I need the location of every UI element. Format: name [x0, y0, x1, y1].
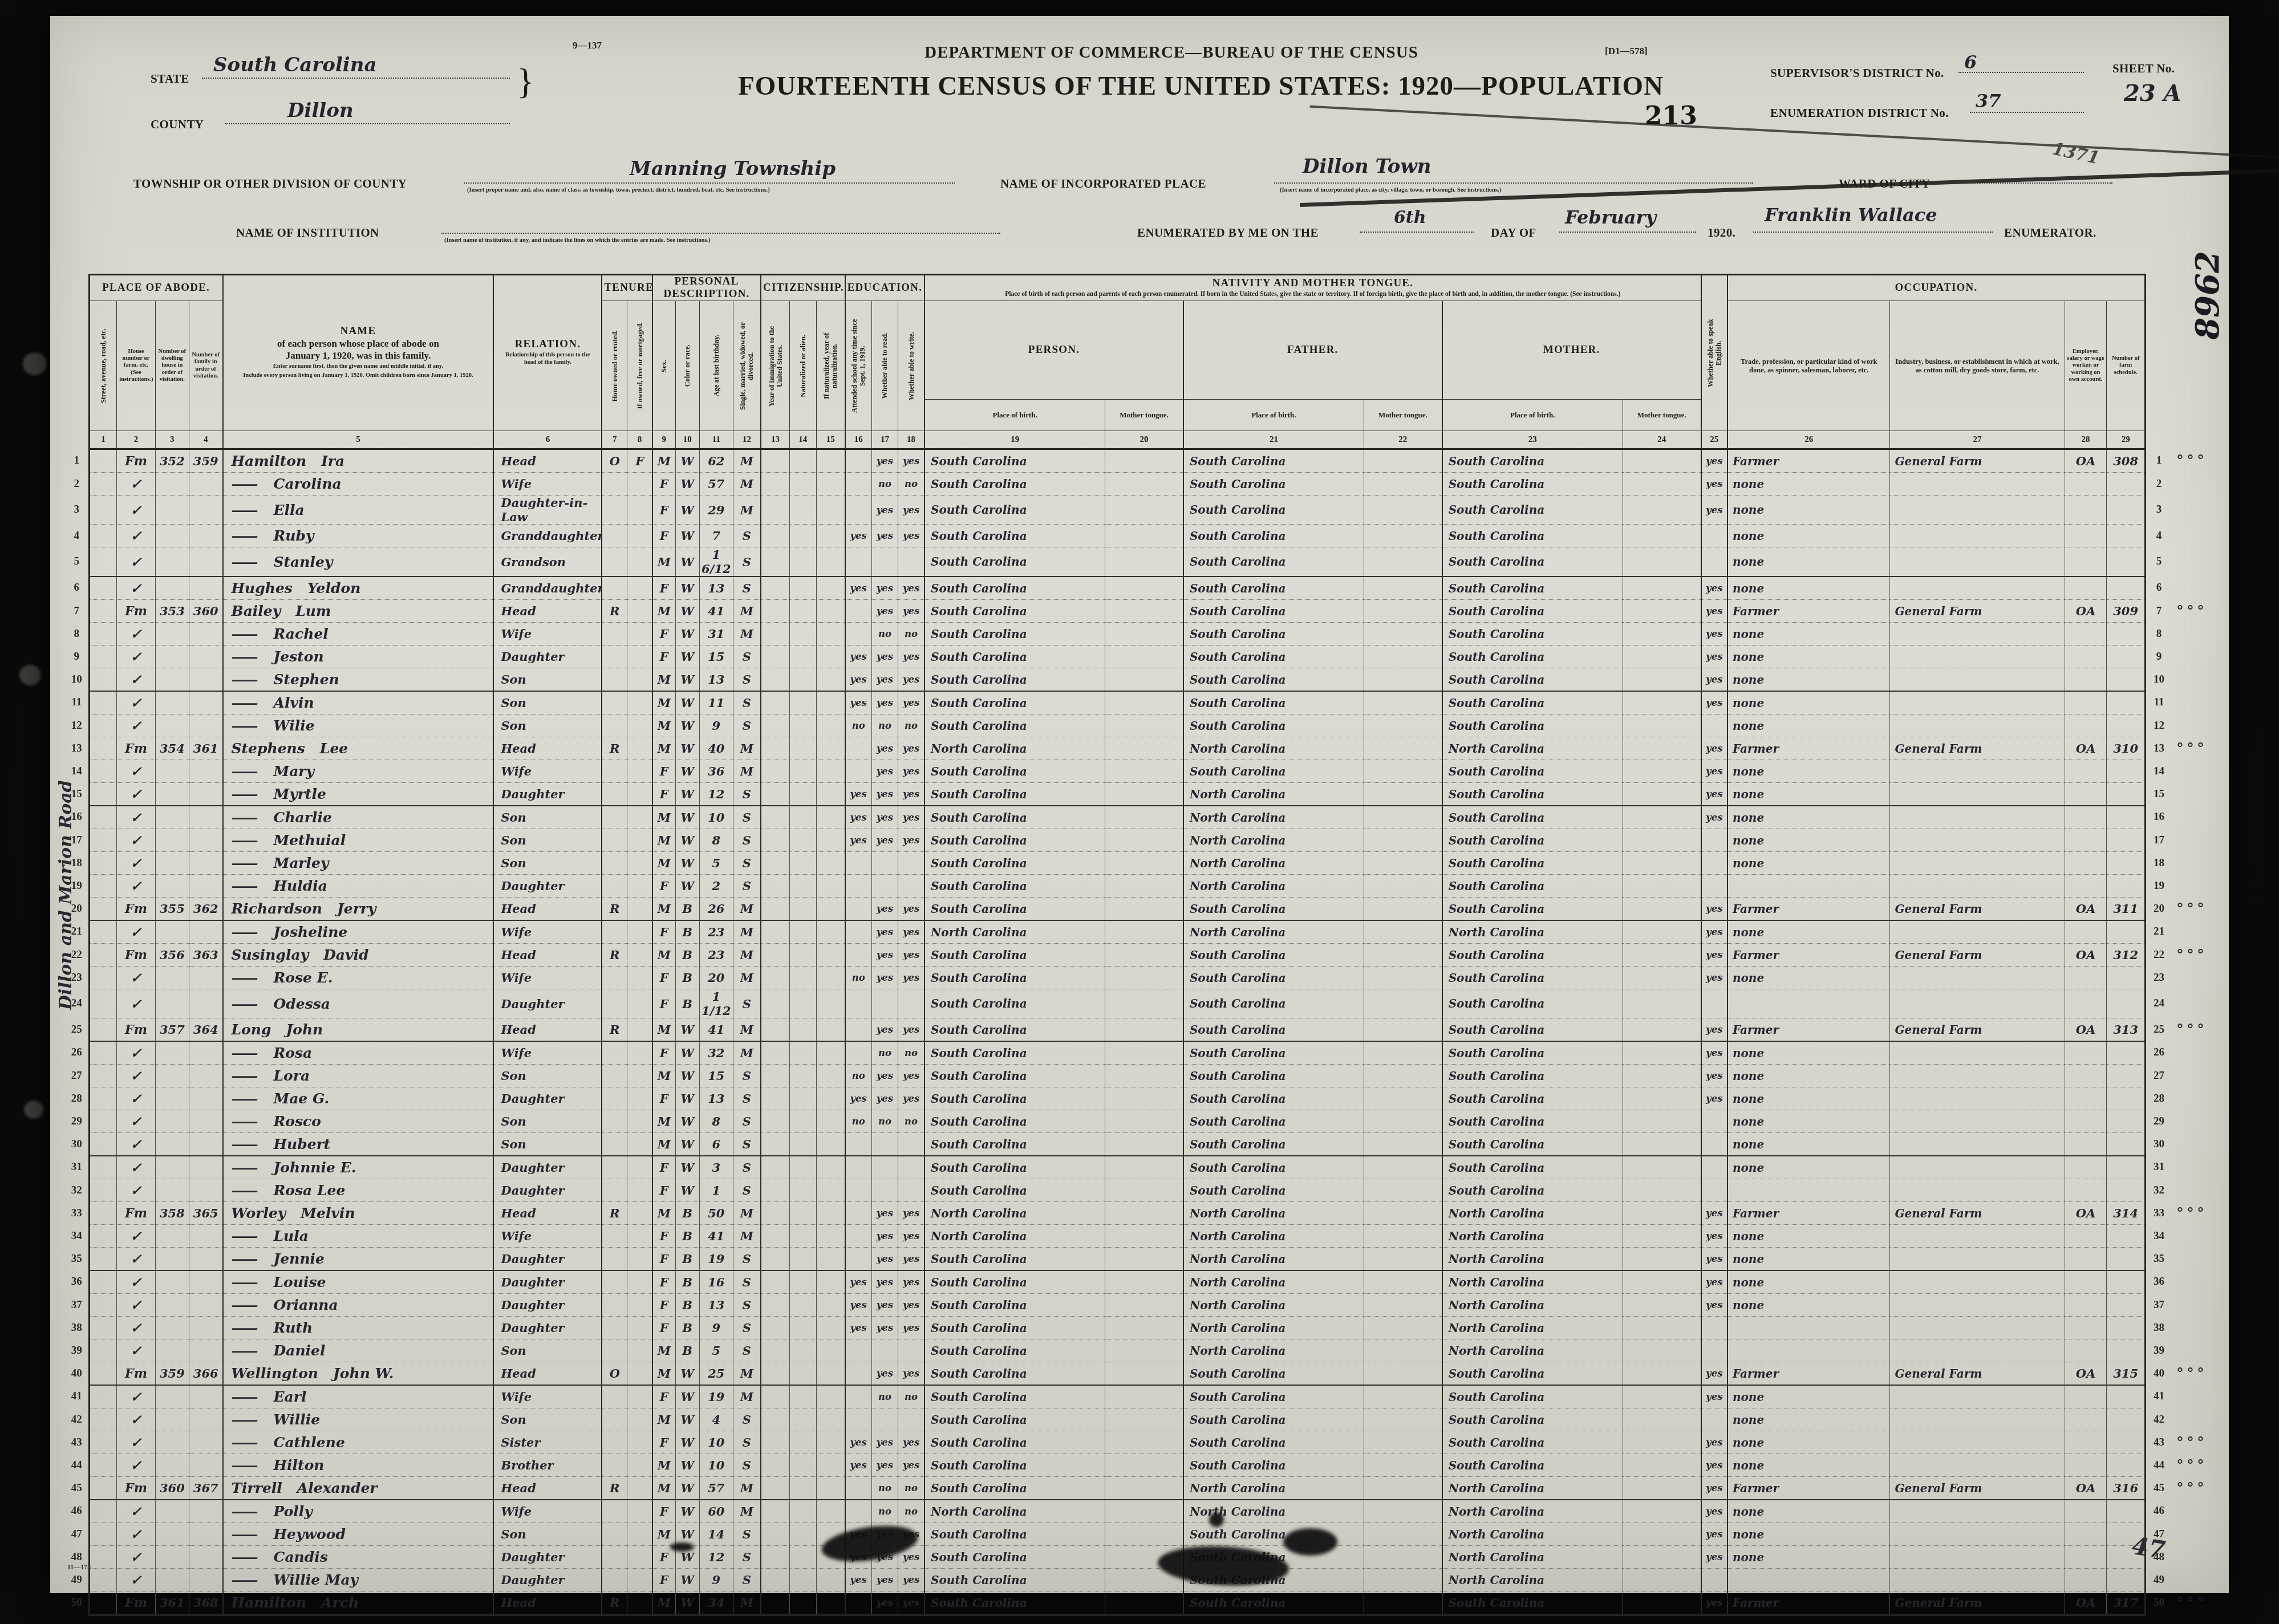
father-birthplace-cell: South Carolina	[1183, 1362, 1364, 1386]
line-number-right: 44	[2145, 1454, 2171, 1477]
father-mother-tongue-cell	[1364, 1385, 1442, 1408]
industry-cell	[1890, 1317, 2065, 1339]
naturalization-year-cell	[816, 1569, 845, 1591]
able-to-read-cell: yes	[871, 1362, 898, 1386]
speaks-english-cell: yes	[1701, 1270, 1728, 1294]
right-line-number-header	[2145, 275, 2171, 449]
owned-rented-cell	[602, 920, 627, 944]
street-cell	[89, 547, 117, 577]
marital-cell: M	[733, 1500, 761, 1523]
attended-school-cell	[845, 1362, 871, 1386]
immigration-year-cell	[761, 920, 790, 944]
ditto-mark: ——	[232, 717, 257, 734]
street-cell	[89, 1454, 117, 1477]
street-cell	[89, 1156, 117, 1179]
dwelling-number-cell: 353	[155, 600, 189, 623]
street-cell	[89, 600, 117, 623]
line-number-right: 23	[2145, 967, 2171, 989]
able-to-read-cell: no	[871, 1041, 898, 1065]
industry-cell: General Farm	[1890, 1477, 2065, 1500]
county-label: COUNTY	[151, 117, 204, 132]
naturalization-year-cell	[816, 1500, 845, 1523]
group-personal-description: PERSONAL DESCRIPTION.	[652, 275, 761, 301]
line-number-right: 3	[2145, 496, 2171, 525]
occupation-cell	[1728, 875, 1890, 898]
industry-cell: General Farm	[1890, 1362, 2065, 1386]
sheet-label: SHEET No.	[2112, 62, 2175, 76]
ditto-mark: ——	[232, 786, 257, 802]
tally-marks-cell	[2172, 1248, 2214, 1271]
table-row: 7Fm353360BaileyLumHeadRMW41MyesyesSouth …	[65, 600, 2214, 623]
mother-birthplace-cell: North Carolina	[1442, 1500, 1623, 1523]
father-mother-tongue-cell	[1364, 1431, 1442, 1454]
mother-mother-tongue-cell	[1623, 1523, 1701, 1546]
immigration-year-cell	[761, 1248, 790, 1271]
street-cell	[89, 714, 117, 737]
speaks-english-cell: yes	[1701, 898, 1728, 921]
line-number-right: 15	[2145, 783, 2171, 806]
father-mother-tongue-cell	[1364, 1270, 1442, 1294]
father-birthplace-cell: South Carolina	[1183, 1156, 1364, 1179]
naturalization-year-cell	[816, 1065, 845, 1087]
line-number-right: 2	[2145, 473, 2171, 496]
industry-cell	[1890, 760, 2065, 783]
naturalization-year-cell	[816, 576, 845, 600]
employment-class-cell	[2065, 623, 2107, 645]
industry-cell	[1890, 623, 2065, 645]
able-to-write-cell: yes	[898, 1294, 924, 1317]
free-mortgaged-cell	[627, 1477, 652, 1500]
industry-cell	[1890, 1041, 2065, 1065]
color-race-cell: W	[675, 449, 699, 473]
owned-rented-cell	[602, 1156, 627, 1179]
employment-class-cell	[2065, 967, 2107, 989]
sex-cell: F	[652, 989, 675, 1018]
ditto-mark: ——	[232, 1319, 257, 1336]
person-mother-tongue-cell	[1105, 1294, 1183, 1317]
house-farm-cell: Fm	[117, 1591, 156, 1615]
line-number-left: 41	[65, 1385, 89, 1408]
family-number-cell	[189, 1179, 222, 1202]
attended-school-cell	[845, 760, 871, 783]
father-mother-tongue-cell	[1364, 1133, 1442, 1156]
given-name: Louise	[274, 1274, 326, 1290]
color-race-cell: W	[675, 623, 699, 645]
attended-school-cell	[845, 1041, 871, 1065]
age-cell: 31	[699, 623, 733, 645]
age-cell: 23	[699, 920, 733, 944]
free-mortgaged-cell	[627, 1110, 652, 1133]
marital-cell: M	[733, 1041, 761, 1065]
mother-birthplace-cell: South Carolina	[1442, 760, 1623, 783]
naturalized-cell	[790, 875, 816, 898]
marital-cell: S	[733, 1431, 761, 1454]
immigration-year-cell	[761, 576, 790, 600]
employment-class-cell	[2065, 1270, 2107, 1294]
mother-mother-tongue-cell	[1623, 600, 1701, 623]
employment-class-cell	[2065, 1569, 2107, 1591]
immigration-year-label: Year of immigration to the United States…	[768, 319, 784, 413]
color-race-cell: W	[675, 1133, 699, 1156]
mother-mother-tongue-cell	[1623, 1454, 1701, 1477]
street-cell	[89, 944, 117, 967]
naturalized-cell	[790, 449, 816, 473]
able-to-write-cell: yes	[898, 1248, 924, 1271]
able-to-read-cell: yes	[871, 783, 898, 806]
able-to-write-cell: yes	[898, 1018, 924, 1042]
person-mother-tongue-cell	[1105, 1018, 1183, 1042]
family-number-cell	[189, 1385, 222, 1408]
farm-schedule-cell: 315	[2107, 1362, 2146, 1386]
tally-marks-cell	[2172, 1569, 2214, 1591]
family-number-label: Number of family in order of visitation.	[191, 351, 221, 381]
table-row: 31✓——Johnnie E.DaughterFW3SSouth Carolin…	[65, 1156, 2214, 1179]
occupation-cell: none	[1728, 783, 1890, 806]
person-mother-tongue-cell	[1105, 852, 1183, 875]
house-farm-cell: ✓	[117, 1569, 156, 1591]
column-number: 1	[89, 431, 117, 449]
industry-cell: General Farm	[1890, 944, 2065, 967]
free-mortgaged-cell	[627, 714, 652, 737]
immigration-year-cell	[761, 1317, 790, 1339]
house-farm-cell: Fm	[117, 1202, 156, 1225]
line-number-right: 11	[2145, 691, 2171, 714]
table-row: 46✓——PollyWifeFW60MnonoNorth CarolinaNor…	[65, 1500, 2214, 1523]
name-desc-4: Include every person living on January 1…	[225, 371, 492, 381]
relation-cell: Son	[493, 852, 602, 875]
age-cell: 7	[699, 525, 733, 547]
free-mortgaged-cell	[627, 1454, 652, 1477]
name-cell: ——Alvin	[223, 691, 494, 714]
dwelling-number-label: Number of dwelling house in order of vis…	[157, 347, 187, 385]
dwelling-number-cell: 352	[155, 449, 189, 473]
family-number-cell	[189, 1569, 222, 1591]
column-number: 27	[1890, 431, 2065, 449]
immigration-year-cell	[761, 898, 790, 921]
industry-cell	[1890, 1408, 2065, 1431]
owned-rented-cell: O	[602, 1362, 627, 1386]
street-cell	[89, 1569, 117, 1591]
able-to-read-cell: yes	[871, 1294, 898, 1317]
street-cell	[89, 623, 117, 645]
person-birthplace-cell: South Carolina	[924, 1065, 1105, 1087]
incorporated-place-note: (Insert name of incorporated place, as c…	[1280, 187, 1501, 193]
color-race-cell: W	[675, 1156, 699, 1179]
attended-school-cell	[845, 898, 871, 921]
line-number-left: 35	[65, 1248, 89, 1271]
ditto-mark: ——	[232, 1274, 257, 1290]
sex-cell: F	[652, 645, 675, 668]
ditto-mark: ——	[232, 996, 257, 1012]
marital-cell: S	[733, 1087, 761, 1110]
person-mother-tongue-cell	[1105, 737, 1183, 760]
street-cell	[89, 1523, 117, 1546]
color-race-cell: W	[675, 1087, 699, 1110]
dwelling-number-cell	[155, 547, 189, 577]
age-cell: 4	[699, 1408, 733, 1431]
speaks-english-cell: yes	[1701, 1294, 1728, 1317]
given-name: Methuial	[274, 832, 346, 848]
house-farm-cell: ✓	[117, 1225, 156, 1248]
able-to-write-cell: yes	[898, 1362, 924, 1386]
employment-class-cell	[2065, 1408, 2107, 1431]
person-birthplace-cell: South Carolina	[924, 1454, 1105, 1477]
attended-school-cell	[845, 920, 871, 944]
street-cell	[89, 1270, 117, 1294]
owned-rented-cell: R	[602, 1477, 627, 1500]
owned-rented-cell	[602, 1317, 627, 1339]
tally-marks-cell: °°°	[2172, 600, 2214, 623]
occupation-cell: none	[1728, 1546, 1890, 1569]
occupation-cell: none	[1728, 645, 1890, 668]
color-race-cell: W	[675, 547, 699, 577]
name-cell: ——Lora	[223, 1065, 494, 1087]
speaks-english-cell: yes	[1701, 1087, 1728, 1110]
immigration-year-cell	[761, 645, 790, 668]
person-mother-tongue-cell	[1105, 1087, 1183, 1110]
occupation-cell: none	[1728, 806, 1890, 829]
column-numbers-row: 1234567891011121314151617181920212223242…	[65, 431, 2214, 449]
speaks-english-cell: yes	[1701, 1431, 1728, 1454]
able-to-write-cell: yes	[898, 600, 924, 623]
industry-cell	[1890, 1087, 2065, 1110]
sex-cell: F	[652, 496, 675, 525]
farm-schedule-cell: 317	[2107, 1591, 2146, 1615]
person-mother-tongue-cell	[1105, 1202, 1183, 1225]
marital-label: Single, married, widowed, or divorced.	[739, 319, 755, 413]
naturalized-cell	[790, 852, 816, 875]
farm-schedule-cell	[2107, 645, 2146, 668]
free-mortgaged-cell	[627, 1339, 652, 1362]
farm-schedule-cell	[2107, 1133, 2146, 1156]
sheet-value: 23 A	[2124, 80, 2181, 107]
column-number: 6	[493, 431, 602, 449]
age-cell: 5	[699, 852, 733, 875]
owned-rented-cell	[602, 783, 627, 806]
ditto-mark: ——	[232, 1572, 257, 1588]
relation-cell: Son	[493, 829, 602, 852]
tally-marks-cell	[2172, 1133, 2214, 1156]
street-cell	[89, 691, 117, 714]
ditto-mark: ——	[232, 1159, 257, 1176]
census-table: PLACE OF ABODE. NAME of each person whos…	[65, 274, 2214, 1616]
home-owned-label: Home owned or rented.	[611, 330, 619, 401]
line-number-left: 32	[65, 1179, 89, 1202]
age-cell: 13	[699, 1087, 733, 1110]
tally-marks-cell: °°°	[2172, 1591, 2214, 1615]
marital-cell: S	[733, 1569, 761, 1591]
father-birthplace-cell: North Carolina	[1183, 920, 1364, 944]
free-mortgaged-cell	[627, 967, 652, 989]
given-name: Yeldon	[307, 580, 360, 596]
father-birthplace-cell: South Carolina	[1183, 1065, 1364, 1087]
speaks-english-cell	[1701, 1408, 1728, 1431]
column-number: 19	[924, 431, 1105, 449]
able-to-write-cell: yes	[898, 1591, 924, 1615]
speaks-english-cell: yes	[1701, 473, 1728, 496]
occupation-cell: Farmer	[1728, 1202, 1890, 1225]
father-birthplace-cell: South Carolina	[1183, 944, 1364, 967]
able-to-read-cell	[871, 852, 898, 875]
line-number-right: 32	[2145, 1179, 2171, 1202]
person-mother-tongue-cell	[1105, 1065, 1183, 1087]
name-cell: TirrellAlexander	[223, 1477, 494, 1500]
person-mother-tongue-cell	[1105, 1477, 1183, 1500]
mother-mother-tongue-cell	[1623, 645, 1701, 668]
relation-cell: Daughter	[493, 1569, 602, 1591]
free-mortgaged-cell	[627, 1225, 652, 1248]
able-to-read-cell: yes	[871, 1248, 898, 1271]
immigration-year-cell	[761, 1065, 790, 1087]
name-cell: HamiltonIra	[223, 449, 494, 473]
column-number: 28	[2065, 431, 2107, 449]
house-farm-cell: ✓	[117, 691, 156, 714]
family-number-cell	[189, 547, 222, 577]
able-to-write-cell: yes	[898, 806, 924, 829]
person-mother-tongue-cell	[1105, 547, 1183, 577]
house-number-label: House number or farm, etc. (See instruct…	[119, 347, 153, 385]
mother-birthplace-cell: North Carolina	[1442, 1546, 1623, 1569]
group-relation: RELATION. Relationship of this person to…	[493, 275, 602, 431]
tally-marks-cell: °°°	[2172, 1018, 2214, 1042]
free-mortgaged-cell	[627, 920, 652, 944]
age-cell: 12	[699, 783, 733, 806]
person-mother-tongue-cell	[1105, 829, 1183, 852]
attended-school-cell: yes	[845, 1431, 871, 1454]
marital-cell: S	[733, 645, 761, 668]
township-label: TOWNSHIP OR OTHER DIVISION OF COUNTY	[133, 177, 407, 191]
column-able-to-write: Whether able to write.	[898, 301, 924, 431]
house-farm-cell: ✓	[117, 645, 156, 668]
free-mortgaged-cell	[627, 496, 652, 525]
person-mother-tongue-label: Mother tongue.	[1105, 400, 1183, 431]
father-birthplace-cell: South Carolina	[1183, 449, 1364, 473]
relation-cell: Son	[493, 691, 602, 714]
attended-school-cell: yes	[845, 1454, 871, 1477]
given-name: Arch	[321, 1594, 359, 1611]
farm-schedule-cell	[2107, 496, 2146, 525]
person-mother-tongue-cell	[1105, 783, 1183, 806]
mother-mother-tongue-cell	[1623, 714, 1701, 737]
house-farm-cell: ✓	[117, 1546, 156, 1569]
employment-class-cell: OA	[2065, 1202, 2107, 1225]
street-cell	[89, 1041, 117, 1065]
street-cell	[89, 989, 117, 1018]
able-to-write-cell: yes	[898, 1431, 924, 1454]
table-row: 14✓——MaryWifeFW36MyesyesSouth CarolinaSo…	[65, 760, 2214, 783]
able-to-read-cell: yes	[871, 1270, 898, 1294]
sex-cell: F	[652, 473, 675, 496]
mother-birthplace-cell: South Carolina	[1442, 1385, 1623, 1408]
relation-cell: Head	[493, 600, 602, 623]
mother-mother-tongue-cell	[1623, 525, 1701, 547]
person-birthplace-cell: South Carolina	[924, 1523, 1105, 1546]
sex-cell: M	[652, 449, 675, 473]
table-row: 4✓——RubyGranddaughterFW7SyesyesyesSouth …	[65, 525, 2214, 547]
mother-birthplace-cell: South Carolina	[1442, 1179, 1623, 1202]
mother-birthplace-cell: South Carolina	[1442, 829, 1623, 852]
marital-cell: M	[733, 760, 761, 783]
line-number-left: 34	[65, 1225, 89, 1248]
naturalization-year-cell	[816, 1202, 845, 1225]
speaks-english-cell: yes	[1701, 783, 1728, 806]
sex-cell: M	[652, 1362, 675, 1386]
column-number: 11	[699, 431, 733, 449]
naturalized-cell	[790, 1087, 816, 1110]
tally-marks-cell: °°°	[2172, 449, 2214, 473]
person-mother-tongue-cell	[1105, 1248, 1183, 1271]
enumerator-line	[1753, 232, 1993, 233]
street-cell	[89, 1339, 117, 1362]
naturalized-cell	[790, 1500, 816, 1523]
ditto-mark: ——	[232, 763, 257, 779]
group-citizenship: CITIZENSHIP.	[761, 275, 845, 301]
color-race-cell: B	[675, 920, 699, 944]
group-name: NAME of each person whose place of abode…	[223, 275, 494, 431]
speaks-english-cell	[1701, 1110, 1728, 1133]
free-mortgaged-cell	[627, 1317, 652, 1339]
occupation-cell: none	[1728, 691, 1890, 714]
mother-birthplace-cell: South Carolina	[1442, 852, 1623, 875]
father-birthplace-cell: South Carolina	[1183, 1087, 1364, 1110]
able-to-write-cell: no	[898, 714, 924, 737]
age-cell: 60	[699, 1500, 733, 1523]
hole-punch	[19, 665, 41, 685]
naturalization-year-cell	[816, 496, 845, 525]
farm-schedule-cell	[2107, 783, 2146, 806]
table-row: 9✓——JestonDaughterFW15SyesyesyesSouth Ca…	[65, 645, 2214, 668]
dwelling-number-cell	[155, 1270, 189, 1294]
father-birthplace-cell: South Carolina	[1183, 1179, 1364, 1202]
table-row: 24✓——OdessaDaughterFB1 1/12SSouth Caroli…	[65, 989, 2214, 1018]
person-birthplace-cell: South Carolina	[924, 473, 1105, 496]
immigration-year-cell	[761, 600, 790, 623]
able-to-write-cell	[898, 852, 924, 875]
farm-schedule-cell	[2107, 1385, 2146, 1408]
table-row: 17✓——MethuialSonMW8SyesyesyesSouth Carol…	[65, 829, 2214, 852]
name-cell: ——Earl	[223, 1385, 494, 1408]
person-birthplace-cell: South Carolina	[924, 1362, 1105, 1386]
column-number: 25	[1701, 431, 1728, 449]
given-name: Wilie	[274, 717, 315, 734]
dwelling-number-cell	[155, 875, 189, 898]
sex-cell: M	[652, 1339, 675, 1362]
attended-school-cell	[845, 1179, 871, 1202]
dwelling-number-cell	[155, 1385, 189, 1408]
color-race-cell: W	[675, 1385, 699, 1408]
marital-cell: M	[733, 600, 761, 623]
father-mother-tongue-cell	[1364, 760, 1442, 783]
able-to-write-cell: yes	[898, 737, 924, 760]
occupation-cell: none	[1728, 1385, 1890, 1408]
naturalized-cell	[790, 1546, 816, 1569]
father-birthplace-cell: North Carolina	[1183, 1294, 1364, 1317]
ditto-mark: ——	[232, 695, 257, 711]
name-cell: ——Ruth	[223, 1317, 494, 1339]
ditto-mark: ——	[232, 832, 257, 848]
marital-cell: M	[733, 1591, 761, 1615]
naturalized-cell	[790, 623, 816, 645]
sex-cell: M	[652, 944, 675, 967]
line-number-right: 16	[2145, 806, 2171, 829]
sex-cell: M	[652, 547, 675, 577]
person-birthplace-cell: South Carolina	[924, 496, 1105, 525]
family-number-cell	[189, 1133, 222, 1156]
age-cell: 15	[699, 1065, 733, 1087]
age-cell: 9	[699, 1317, 733, 1339]
tally-marks-cell	[2172, 645, 2214, 668]
mother-mother-tongue-cell	[1623, 1156, 1701, 1179]
